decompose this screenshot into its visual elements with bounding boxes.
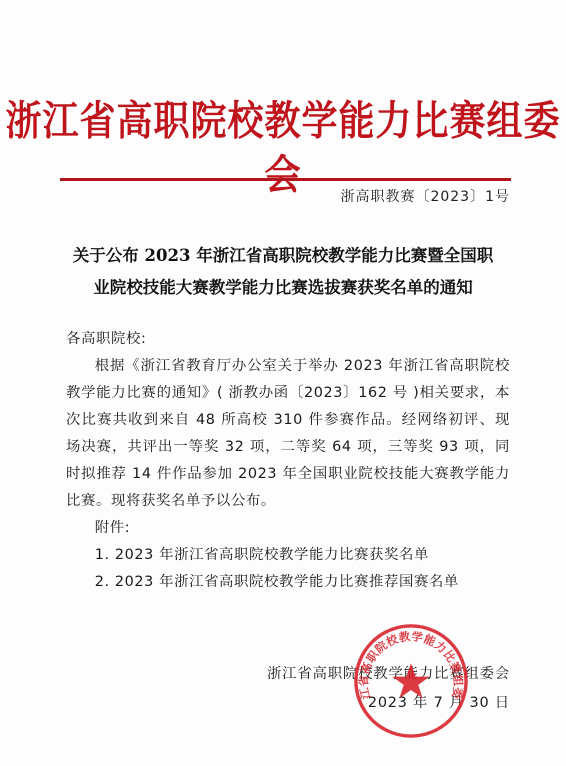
document-page: 浙江省高职院校教学能力比赛组委会 浙高职教赛〔2023〕1号 关于公布 2023… (0, 0, 566, 766)
red-divider-rule (60, 178, 511, 181)
document-number: 浙高职教赛〔2023〕1号 (340, 186, 510, 206)
body-paragraph: 根据《浙江省教育厅办公室关于举办 2023 年浙江省高职院校教学能力比赛的通知》… (66, 353, 510, 515)
official-seal: 浙江省高职院校教学能力比赛组委会 (352, 622, 470, 740)
notice-title-line-2: 业院校技能大赛教学能力比赛选拔赛获奖名单的通知 (50, 272, 516, 304)
notice-title-line-1: 关于公布 2023 年浙江省高职院校教学能力比赛暨全国职 (50, 240, 516, 272)
attachment-item-1: 1. 2023 年浙江省高职院校教学能力比赛获奖名单 (66, 542, 510, 569)
notice-title: 关于公布 2023 年浙江省高职院校教学能力比赛暨全国职 业院校技能大赛教学能力… (50, 240, 516, 304)
star-icon (392, 663, 429, 698)
notice-body: 各高职院校: 根据《浙江省教育厅办公室关于举办 2023 年浙江省高职院校教学能… (66, 326, 510, 596)
attachments-label: 附件: (66, 515, 510, 542)
salutation: 各高职院校: (66, 326, 510, 353)
attachment-item-2: 2. 2023 年浙江省高职院校教学能力比赛推荐国赛名单 (66, 569, 510, 596)
